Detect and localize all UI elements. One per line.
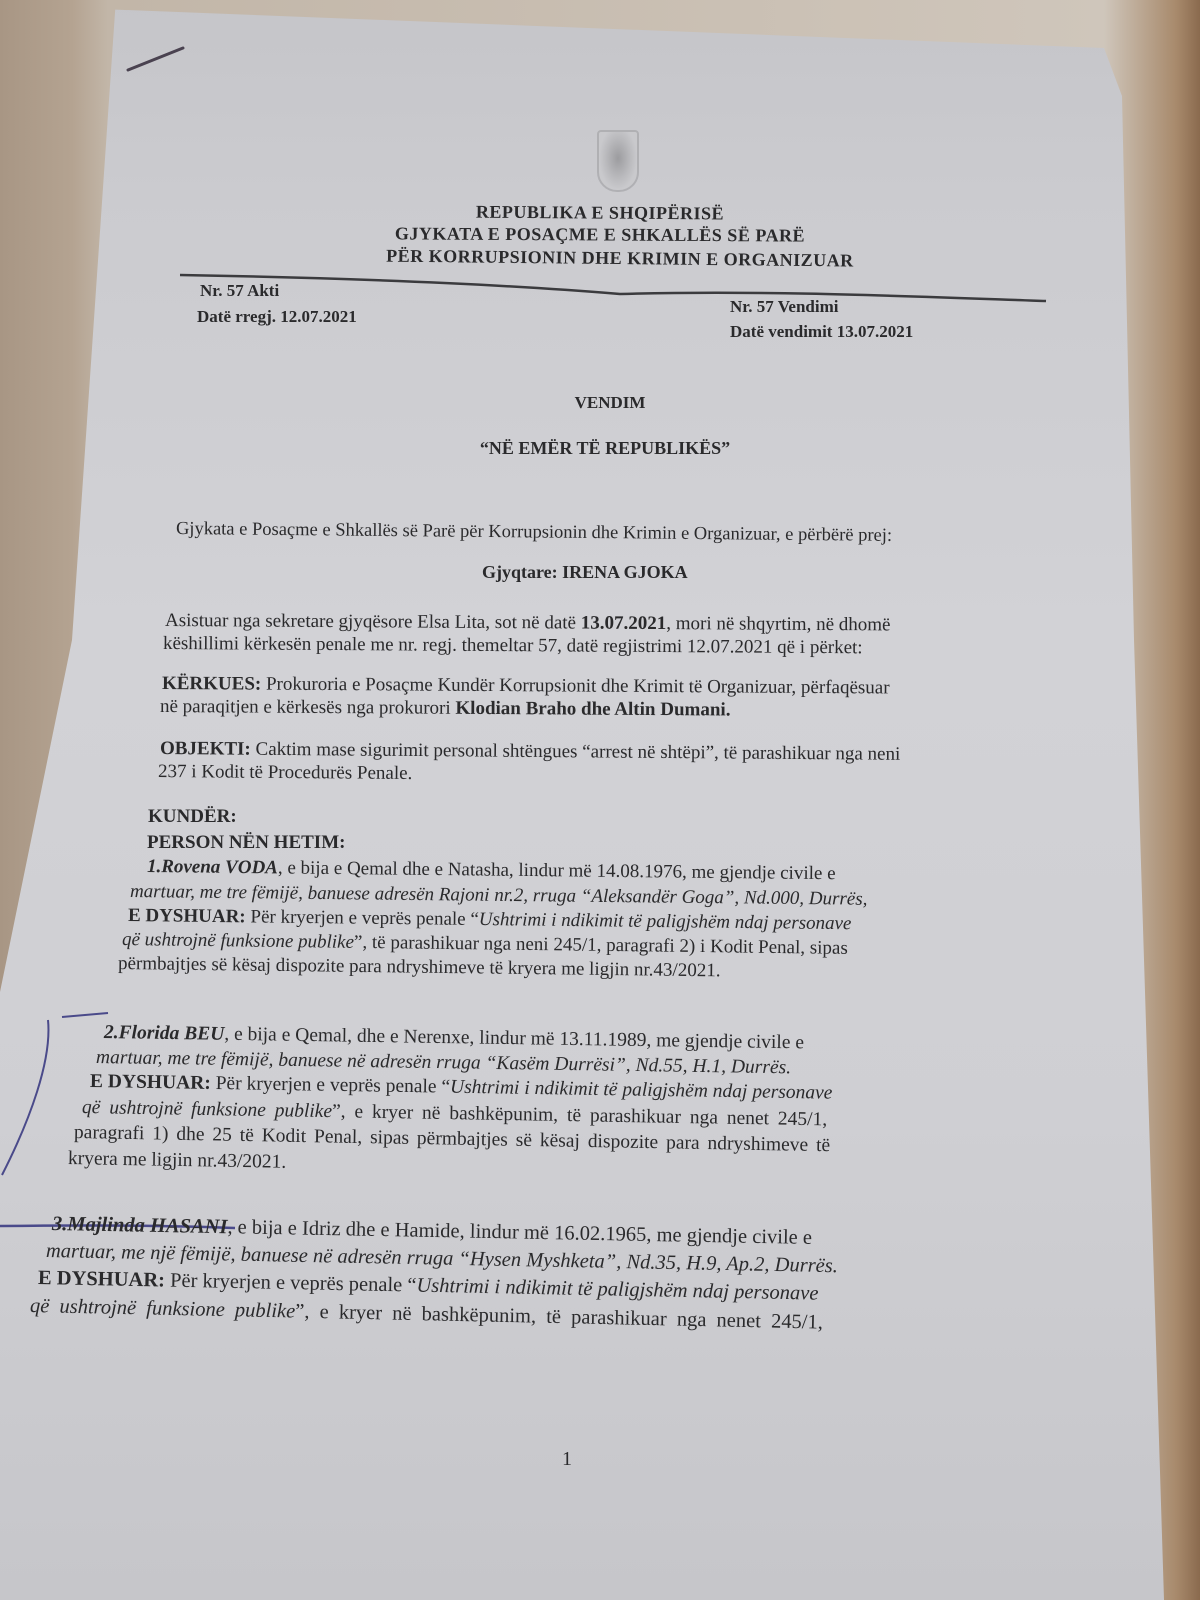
person-1-line-1: 1.Rovena VODA, e bija e Qemal dhe e Nata… xyxy=(147,856,836,885)
against-label: KUNDËR: xyxy=(148,806,237,828)
act-number: Nr. 57 Akti xyxy=(200,280,279,302)
person-1-charge-3: përmbajtjes së kësaj dispozite para ndry… xyxy=(118,953,721,982)
header-republic: REPUBLIKA E SHQIPËRISË xyxy=(380,200,820,225)
registration-date: Datë rregj. 12.07.2021 xyxy=(197,306,357,328)
requester-line-2: në paraqitjen e kërkesës nga prokurori K… xyxy=(160,696,731,721)
assisted-line-2: këshillimi kërkesën penale me nr. regj. … xyxy=(163,633,863,659)
decision-title: VENDIM xyxy=(500,392,720,414)
page-number: 1 xyxy=(562,1448,572,1471)
coat-of-arms-icon xyxy=(597,130,639,192)
court-decision-document: REPUBLIKA E SHQIPËRISË GJYKATA E POSAÇME… xyxy=(0,0,1200,1600)
judge-name: Gjyqtare: IRENA GJOKA xyxy=(482,561,688,583)
decision-date: Datë vendimit 13.07.2021 xyxy=(730,321,913,343)
header-divider xyxy=(0,268,1200,308)
persons-label: PERSON NËN HETIM: xyxy=(147,832,345,854)
object-line-2: 237 i Kodit të Procedurës Penale. xyxy=(158,761,413,785)
header-court: GJYKATA E POSAÇME E SHKALLËS SË PARË xyxy=(320,222,880,247)
requester-line-1: KËRKUES: Prokuroria e Posaçme Kundër Kor… xyxy=(162,673,890,699)
assisted-line-1: Asistuar nga sekretare gjyqësore Elsa Li… xyxy=(165,610,891,636)
decision-number: Nr. 57 Vendimi xyxy=(730,296,838,318)
court-intro: Gjykata e Posaçme e Shkallës së Parë për… xyxy=(176,518,892,547)
person-2-charge-4: kryera me ligjin nr.43/2021. xyxy=(68,1148,287,1174)
decision-subtitle: “NË EMËR TË REPUBLIKËS” xyxy=(420,437,790,459)
